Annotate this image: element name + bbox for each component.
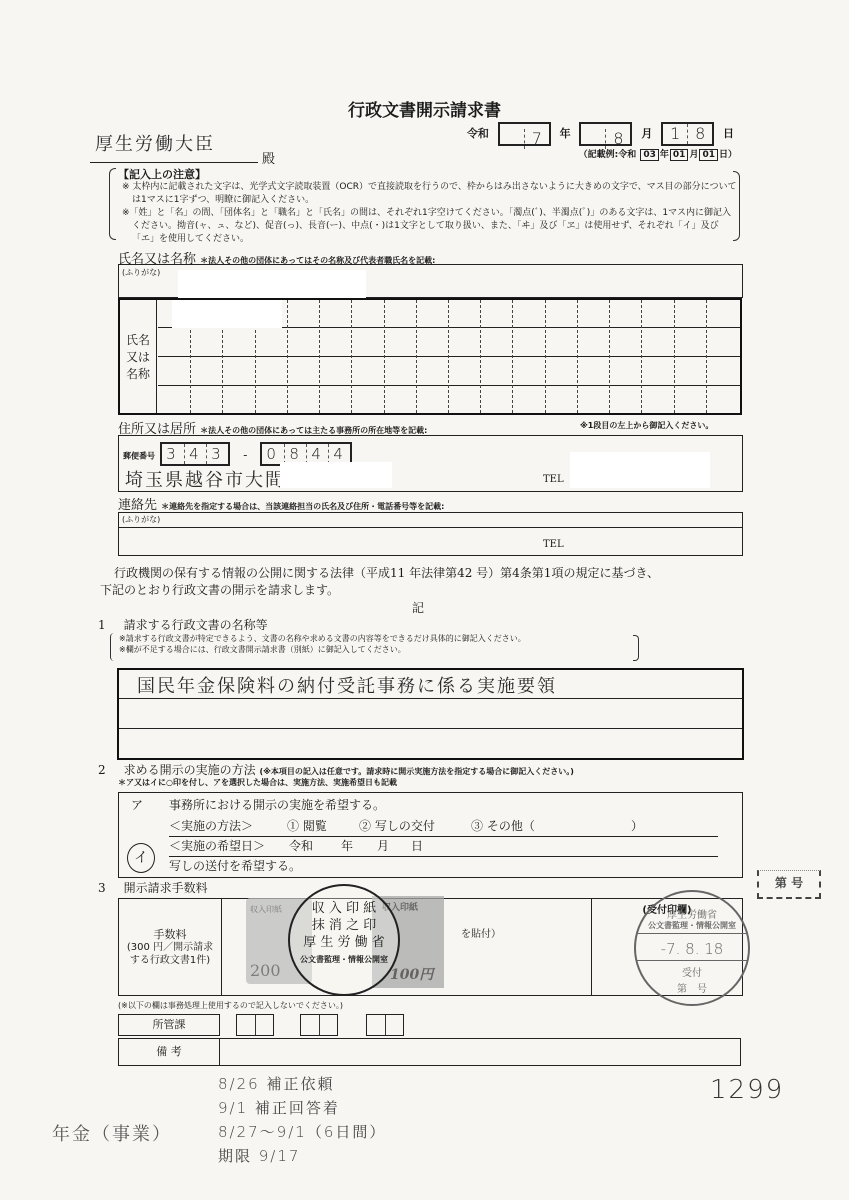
reception-date: -7. 8. 18 (636, 940, 748, 961)
postal-first-field[interactable]: 343 (160, 442, 230, 466)
handwritten-progress-notes: 8/26 補正依頼 9/1 補正回答着 8/27～9/1（6日間） 期限 9/1… (218, 1072, 386, 1168)
office-use-note: (※以下の欄は事務処理上使用するので記入しないでください。) (118, 1000, 343, 1011)
document-title: 行政文書開示請求書 (0, 96, 849, 121)
era-label: 令和 (467, 127, 489, 140)
method-view[interactable]: ① 閲覧 (287, 818, 327, 835)
remarks-label: 備 考 (119, 1039, 220, 1065)
notice-item: ※ 太枠内に記載された文字は、光学式文字読取装置（OCR）で直接読取を行うので、… (122, 181, 737, 207)
day-field[interactable]: 18 (661, 122, 714, 146)
preamble: 行政機関の保有する情報の公開に関する法律（平成11 年法律第42 号）第4条第1… (100, 565, 659, 599)
tel-label: TEL (543, 474, 564, 485)
redaction (280, 462, 392, 488)
method-copy[interactable]: ② 写しの交付 (359, 818, 435, 835)
redaction (172, 300, 282, 328)
contact-section-label: 連絡先 ＊連絡先を指定する場合は、当該連絡担当の氏名及び住所・電話番号等を記載: (118, 494, 444, 513)
entry-notice: 【記入上の注意】 ※ 太枠内に記載された文字は、光学式文字読取装置（OCR）で直… (112, 168, 737, 243)
paste-label: を貼付） (461, 925, 501, 940)
cancellation-seal: 収 入 印 紙 抹 消 之 印 厚 生 労 働 省 公文書監理・情報公開室 (288, 884, 400, 996)
date-example: （記載例:令和 03年01月01日） (579, 147, 737, 161)
name-grid-label: 氏名 又は 名称 (120, 300, 157, 413)
handwritten-number: 1299 (710, 1075, 784, 1105)
method-other[interactable]: ③ その他（ (471, 818, 535, 835)
redaction (178, 270, 366, 300)
option-b-text: 写しの送付を希望する。 (169, 858, 301, 875)
item3-heading: 3開示請求手数料 (98, 880, 208, 897)
corner-stamp: 第 号 (757, 870, 821, 899)
item2-subnote: ＊ア又はイに○印を付し、アを選択した場合は、実施方法、実施希望日も記載 (118, 777, 397, 788)
item1-heading: 1請求する行政文書の名称等 (98, 617, 268, 634)
item1-notes: ※請求する行政文書が特定できるよう、文書の名称や求める文書の内容等をできるだけ具… (110, 633, 639, 661)
option-b-mark-circled[interactable]: イ (127, 843, 155, 873)
option-a-text: 事務所における開示の実施を希望する。 (169, 797, 385, 814)
redaction (570, 452, 710, 488)
handwritten-left-note: 年金（事業） (52, 1120, 172, 1146)
remarks-field: 備 考 (118, 1038, 741, 1066)
reception-stamp: 厚生労働省 公文書監理・情報公開室 -7. 8. 18 受付 第 号 (634, 890, 750, 1006)
honorific: 殿 (262, 148, 275, 167)
fee-label: 手数料 (300 円／開示請求 する行政文書1件) (119, 899, 222, 995)
contact-field[interactable]: (ふりがな) TEL (118, 512, 743, 556)
request-date: 令和 7 年 8 月 18 日 (462, 122, 739, 146)
ki-heading: 記 (412, 600, 424, 617)
notice-item: ※「姓」と「名」の間、「団体名」と「職名」と「氏名」の間は、それぞれ1字空けてく… (122, 207, 737, 246)
disclosure-method-field: ア 事務所における開示の実施を希望する。 ＜実施の方法＞ ① 閲覧 ② 写しの交… (118, 792, 743, 878)
address-note: ※1段目の左上から御記入ください。 (580, 420, 713, 431)
notice-heading: 【記入上の注意】 (118, 168, 737, 181)
month-field[interactable]: 8 (579, 122, 632, 146)
method-label: ＜実施の方法＞ (169, 818, 253, 835)
addressee: 厚生労働大臣 (95, 130, 215, 156)
option-a-mark[interactable]: ア (131, 797, 143, 814)
contact-tel-label: TEL (543, 539, 564, 550)
department-label: 所管課 (118, 1014, 220, 1036)
requested-document-field[interactable]: 国民年金保険料の納付受託事務に係る実施要領 (117, 668, 744, 760)
addressee-underline (90, 162, 258, 163)
preferred-date-label: ＜実施の希望日＞ (169, 838, 265, 855)
requested-document: 国民年金保険料の納付受託事務に係る実施要領 (137, 672, 557, 698)
year-field[interactable]: 7 (498, 122, 551, 146)
